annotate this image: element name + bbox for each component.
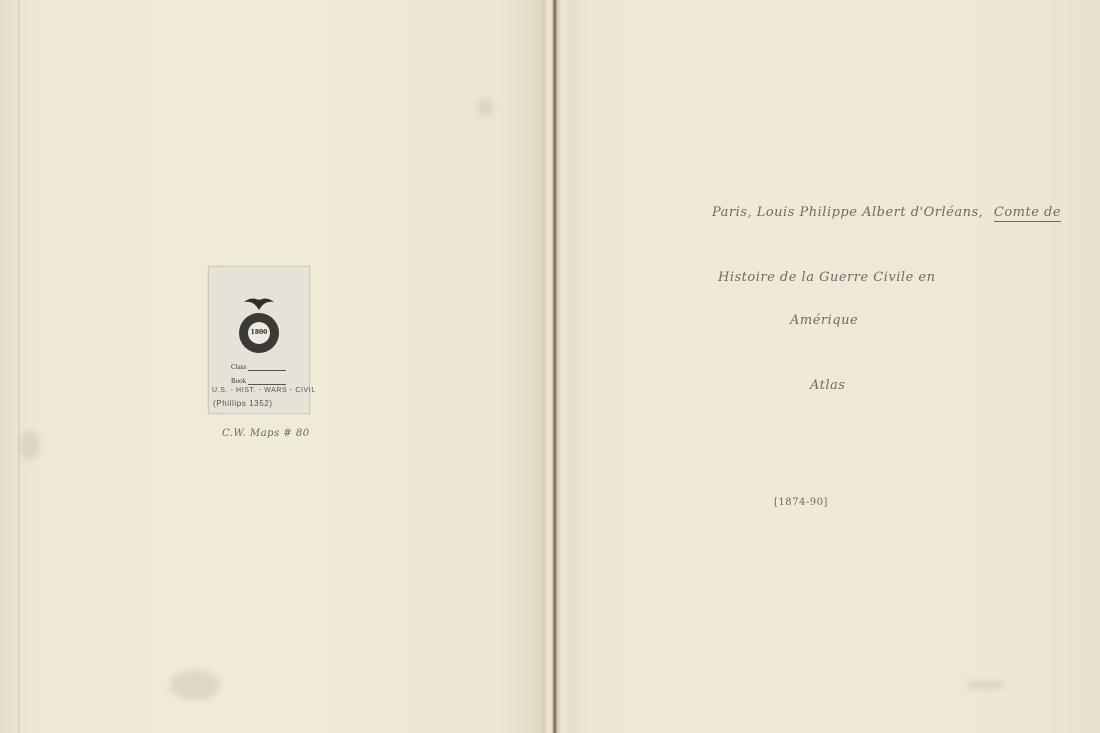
library-bookplate: 1800 Class Book U.S. - HIST. - WARS - CI… [208,266,310,414]
foxing-stain [965,680,1005,690]
subtitle: Atlas [810,378,845,393]
call-number: U.S. - HIST. - WARS - CIVIL [212,387,316,394]
author-name: Paris, Louis Philippe Albert d'Orléans, [712,205,983,220]
foxing-stain [170,670,220,700]
title-line-1: Histoire de la Guerre Civile en [718,270,935,285]
phillips-number: (Phillips 1352) [213,399,273,408]
title-line-2: Amérique [790,313,858,328]
book-field: Book [231,377,286,385]
right-title-page: Paris, Louis Philippe Albert d'Orléans, … [570,0,1100,733]
class-field: Class [231,363,286,371]
page-edge [18,0,20,733]
maps-note: C.W. Maps # 80 [222,428,310,439]
foxing-stain [20,430,40,460]
seal-year: 1800 [248,322,270,344]
class-label: Class [231,363,246,371]
book-gutter [540,0,570,733]
author-line: Paris, Louis Philippe Albert d'Orléans, … [712,205,1061,220]
date-range: [1874-90] [774,497,828,508]
book-label: Book [231,377,246,385]
left-endpaper: 1800 Class Book U.S. - HIST. - WARS - CI… [0,0,548,733]
author-title: Comte de [994,205,1061,222]
library-seal-icon: 1800 [239,313,279,353]
eagle-icon [243,297,275,311]
foxing-stain [478,98,492,116]
